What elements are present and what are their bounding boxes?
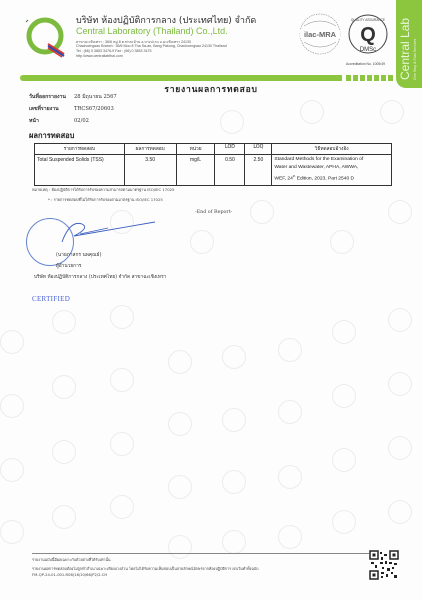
- note-non-accredited: * : รายการทดสอบที่ไม่ได้รับการรับรองตามม…: [48, 197, 163, 203]
- meta-value: 02/02: [74, 118, 89, 124]
- cell-lod: 0.50: [215, 155, 245, 186]
- branch-address-en: Chachoengsao Branch : 36/6 Moo 8 Tha Sa-…: [76, 44, 227, 48]
- letterhead: บริษัท ห้องปฏิบัติการกลาง (ประเทศไทย) จำ…: [0, 0, 422, 82]
- note-accreditation: หมายเหตุ : ห้องปฏิบัติการได้รับการรับรอง…: [32, 187, 174, 193]
- footer-form-code: FM-QP-24-01-001-R06(16/10/66)P2/2-CH: [32, 573, 107, 577]
- cell-reference-method: Standard Methods for the Examination of …: [272, 155, 392, 186]
- cell-result: 3.50: [124, 155, 176, 186]
- footer-disclaimer-2: รายงานผลการทดสอบต้องไม่ถูกทำสำเนาเฉพาะเพ…: [32, 566, 259, 572]
- ilac-mra-logo-icon: ilac-MRA: [298, 12, 342, 56]
- footer-disclaimer-1: รายงานฉบับนี้มีผลเฉพาะกับตัวอย่างที่ได้ร…: [32, 557, 111, 563]
- side-tab-subtitle: One Stop & Fast Services: [413, 39, 417, 80]
- company-name-th: บริษัท ห้องปฏิบัติการกลาง (ประเทศไทย) จำ…: [76, 13, 256, 27]
- header-lod: LOD: [215, 144, 245, 155]
- cell-test-item: Total Suspended Solids (TSS): [35, 155, 125, 186]
- header-test-item: รายการทดสอบ: [35, 144, 125, 155]
- signer-name: (นายภาสกร นพคุณธ์): [56, 251, 101, 259]
- end-of-report: -End of Report-: [195, 210, 232, 215]
- table-header-row: รายการทดสอบ ผลการทดสอบ หน่วย LOD LOQ วิธ…: [35, 144, 392, 155]
- certified-stamp: CERTIFIED: [32, 295, 70, 303]
- signer-organization: บริษัท ห้องปฏิบัติการกลาง (ประเทศไทย) จำ…: [34, 273, 166, 281]
- signature-icon: [60, 216, 160, 246]
- table-row: Total Suspended Solids (TSS) 3.50 mg/L 0…: [35, 155, 392, 186]
- header-divider-bar: [20, 75, 342, 81]
- header-unit: หน่วย: [176, 144, 215, 155]
- qr-code-icon[interactable]: [369, 550, 399, 580]
- method-line: Edition, 2023, Part 2540 D: [295, 177, 354, 182]
- header-reference-method: วิธีทดสอบอ้างอิง: [272, 144, 392, 155]
- accreditation-number: Accreditation No. 1005/49: [346, 62, 385, 66]
- footer-divider: [32, 553, 370, 554]
- meta-value: TRCS67/20603: [74, 106, 114, 112]
- svg-text:ilac-MRA: ilac-MRA: [304, 30, 337, 39]
- dmsc-quality-logo-icon: Q QUALITY ASSURANCE DMSc: [346, 10, 390, 60]
- cell-loq: 2.50: [245, 155, 272, 186]
- meta-report-number: เลขที่รายงานTRCS67/20603: [29, 105, 114, 113]
- svg-text:DMSc: DMSc: [360, 47, 376, 53]
- section-title-results: ผลการทดสอบ: [29, 130, 74, 142]
- meta-label: เลขที่รายงาน: [29, 105, 74, 113]
- method-line: Water and Wastewater, APHA, AWWA,: [274, 165, 358, 170]
- signer-position: ผู้อำนวยการ: [56, 262, 81, 270]
- meta-page: หน้า02/02: [29, 117, 89, 125]
- website-link[interactable]: http://www.centrallabthai.com: [76, 54, 123, 58]
- cell-unit: mg/L: [176, 155, 215, 186]
- results-table: รายการทดสอบ ผลการทดสอบ หน่วย LOD LOQ วิธ…: [34, 143, 392, 186]
- meta-label: วันที่ออกรายงาน: [29, 93, 74, 101]
- header-loq: LOQ: [245, 144, 272, 155]
- central-lab-side-tab: Central Lab One Stop & Fast Services: [396, 0, 422, 88]
- contact-numbers: Tel : (66) 0 3853 3476-9 Fax : (66) 0 38…: [76, 49, 152, 53]
- method-line: WEF, 24: [274, 177, 292, 182]
- company-name-en: Central Laboratory (Thailand) Co.,Ltd.: [76, 26, 228, 36]
- meta-label: หน้า: [29, 117, 74, 125]
- header-result: ผลการทดสอบ: [124, 144, 176, 155]
- meta-value: 28 มิถุนายน 2567: [74, 93, 117, 101]
- svg-text:QUALITY ASSURANCE: QUALITY ASSURANCE: [351, 18, 385, 22]
- meta-issue-date: วันที่ออกรายงาน28 มิถุนายน 2567: [29, 93, 117, 101]
- header-divider-dots: [346, 75, 393, 81]
- company-logo-icon: [20, 12, 68, 60]
- svg-text:Q: Q: [360, 24, 376, 46]
- side-tab-title: Central Lab: [398, 18, 412, 80]
- method-line: Standard Methods for the Examination of: [274, 157, 363, 162]
